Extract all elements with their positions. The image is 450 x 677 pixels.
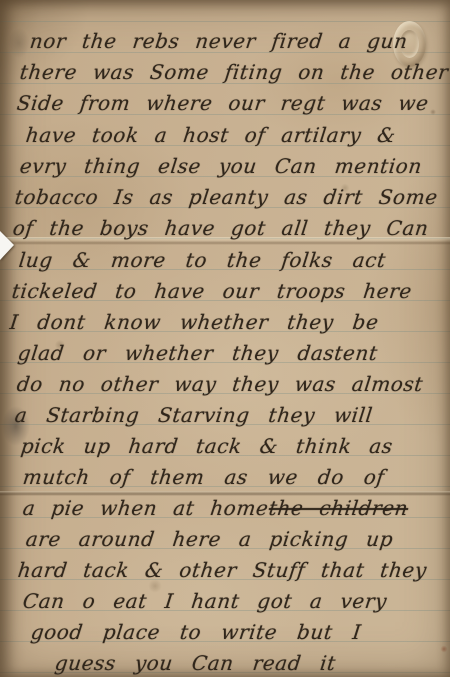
handwriting-text: tobacco Is as pleanty as dirt Some — [13, 182, 440, 213]
handwriting-text: nor the rebs never fired a gun — [28, 26, 410, 57]
handwriting-text: there was Some fiting on the other — [18, 57, 450, 88]
handwritten-line: are around here a picking up — [0, 524, 450, 555]
handwriting-text: hard tack & other Stuff that they — [16, 555, 429, 586]
handwritten-line: good place to write but I — [0, 617, 450, 648]
handwriting-text: tickeled to have our troops here — [10, 276, 414, 307]
handwritten-line: tobacco Is as pleanty as dirt Some — [0, 182, 450, 213]
handwriting-text: a pie when at home — [21, 493, 270, 524]
handwriting-text: glad or whether they dastent — [16, 338, 380, 369]
handwriting-text: do no other way they was almost — [15, 369, 425, 400]
handwriting-block: nor the rebs never fired a gun there was… — [0, 0, 450, 677]
handwritten-line: lug & more to the folks act — [0, 245, 450, 276]
handwriting-text: I dont know whether they be — [8, 307, 380, 338]
handwriting-text: have took a host of artilary & — [24, 120, 398, 151]
handwritten-line: evry thing else you Can mention — [0, 151, 450, 182]
handwriting-text: mutch of them as we do of — [21, 462, 387, 493]
handwritten-line: of the boys have got all they Can — [0, 213, 450, 244]
handwriting-text: evry thing else you Can mention — [18, 151, 424, 182]
struck-out-words: the children — [267, 493, 410, 524]
handwriting-text: are around here a picking up — [24, 524, 395, 555]
handwritten-line: glad or whether they dastent — [0, 338, 450, 369]
handwritten-line: Side from where our regt was we — [0, 88, 450, 119]
handwritten-line: I dont know whether they be — [0, 307, 450, 338]
handwritten-line: there was Some fiting on the other — [0, 57, 450, 88]
handwritten-line-with-strikethrough: a pie when at home the children — [0, 493, 450, 524]
handwriting-text: pick up hard tack & think as — [19, 431, 395, 462]
handwriting-text: Can o eat I hant got a very — [21, 586, 389, 617]
handwriting-text: Side from where our regt was we — [15, 88, 430, 119]
handwriting-text: lug & more to the folks act — [17, 245, 388, 276]
handwritten-line: Can o eat I hant got a very — [0, 586, 450, 617]
handwritten-line: hard tack & other Stuff that they — [0, 555, 450, 586]
handwritten-line: mutch of them as we do of — [0, 462, 450, 493]
handwritten-line: a Starbing Starving they will — [0, 400, 450, 431]
handwritten-line: have took a host of artilary & — [0, 120, 450, 151]
handwritten-line: pick up hard tack & think as — [0, 431, 450, 462]
handwritten-line: do no other way they was almost — [0, 369, 450, 400]
handwriting-text: a Starbing Starving they will — [13, 400, 375, 431]
handwriting-text: of the boys have got all they Can — [11, 213, 430, 244]
handwriting-text: guess you Can read it — [53, 648, 338, 677]
handwriting-text: good place to write but I — [29, 617, 363, 648]
handwritten-line: tickeled to have our troops here — [0, 276, 450, 307]
letter-page: nor the rebs never fired a gun there was… — [0, 0, 450, 677]
handwritten-line: nor the rebs never fired a gun — [0, 26, 450, 57]
handwritten-line: guess you Can read it — [0, 648, 450, 677]
